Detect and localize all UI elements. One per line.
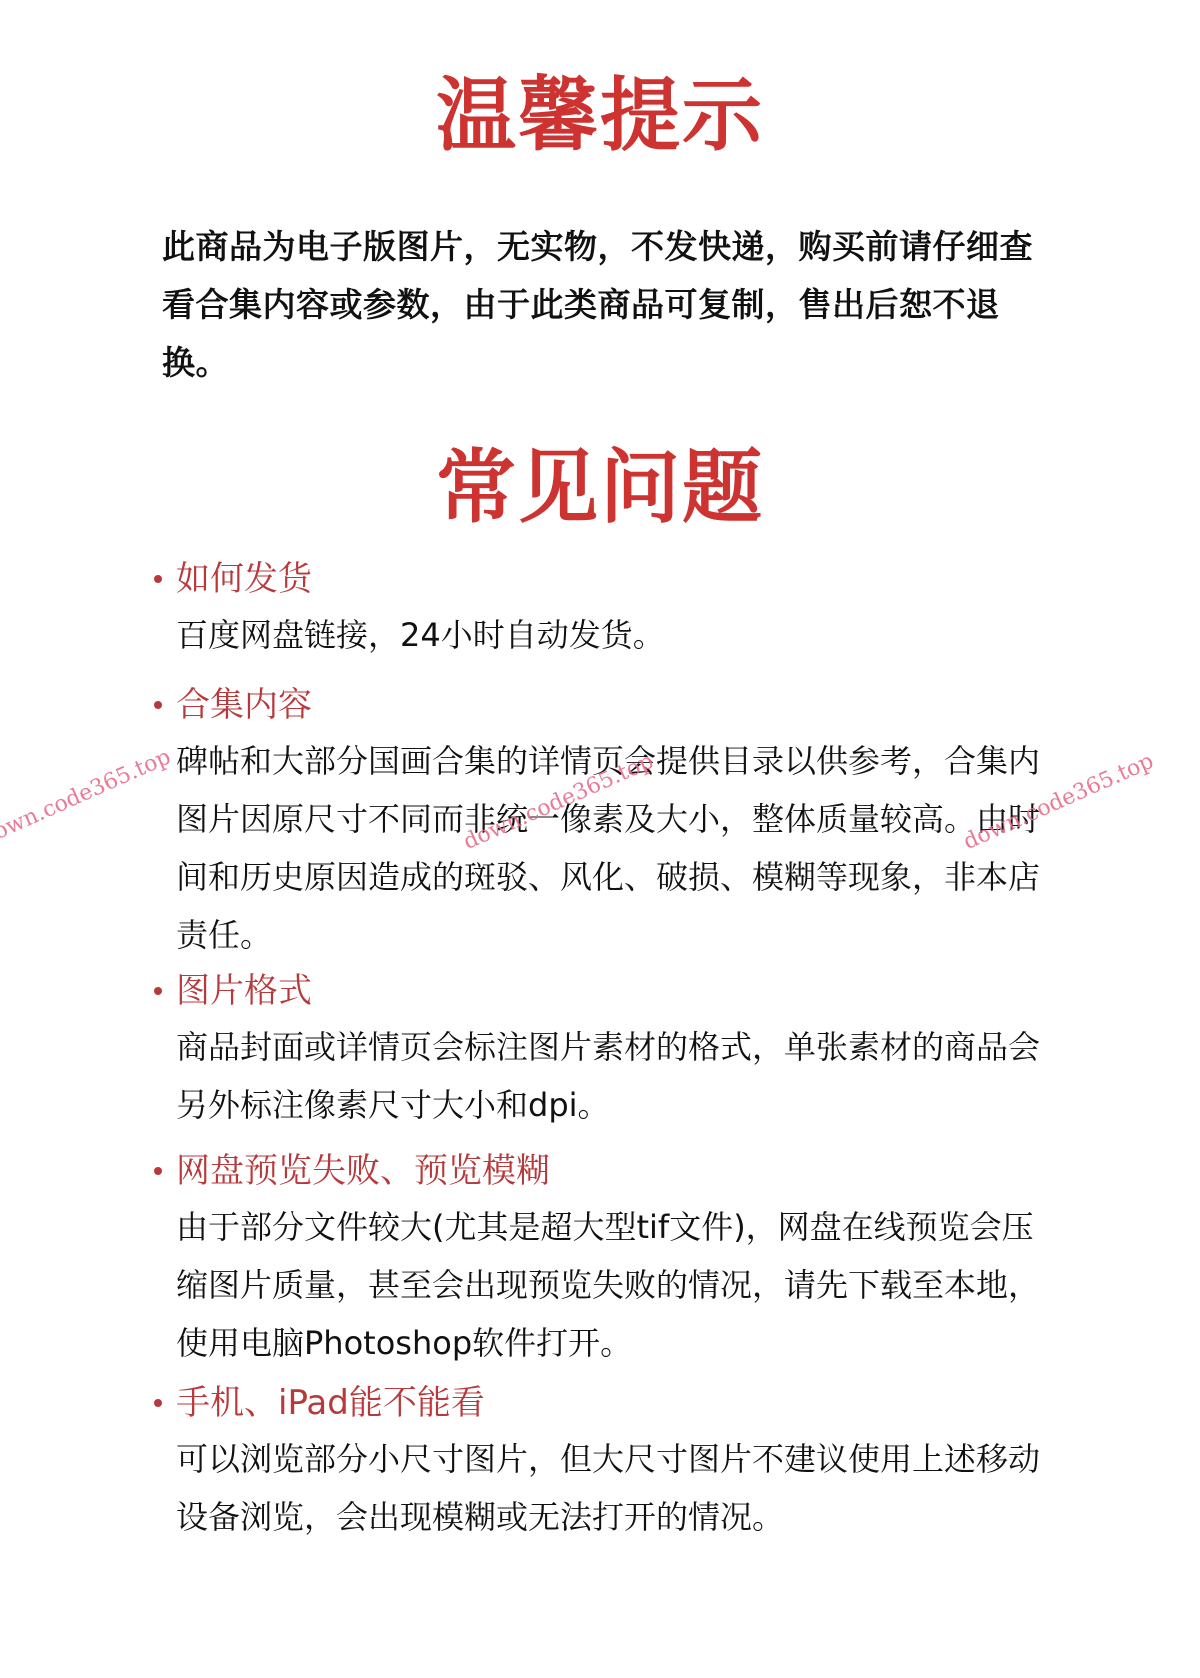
notice-title: 温馨提示 xyxy=(0,76,1200,156)
faq-item-format: 图片格式 商品封面或详情页会标注图片素材的格式，单张素材的商品会另外标注像素尺寸… xyxy=(150,968,1050,1134)
faq-answer: 商品封面或详情页会标注图片素材的格式，单张素材的商品会另外标注像素尺寸大小和dp… xyxy=(150,1018,1056,1134)
faq-item-preview: 网盘预览失败、预览模糊 由于部分文件较大(尤其是超大型tif文件)，网盘在线预览… xyxy=(150,1148,1050,1372)
faq-question: 网盘预览失败、预览模糊 xyxy=(176,1151,550,1191)
faq-answer: 由于部分文件较大(尤其是超大型tif文件)，网盘在线预览会压缩图片质量，甚至会出… xyxy=(150,1198,1056,1372)
bullet-icon xyxy=(154,1167,162,1175)
faq-title: 常见问题 xyxy=(0,448,1200,528)
watermark: own.code365.top xyxy=(0,744,175,845)
bullet-icon xyxy=(154,987,162,995)
faq-question: 如何发货 xyxy=(176,559,312,599)
faq-question: 手机、iPad能不能看 xyxy=(176,1383,485,1423)
faq-question: 图片格式 xyxy=(176,971,312,1011)
bullet-icon xyxy=(154,575,162,583)
faq-answer: 碑帖和大部分国画合集的详情页会提供目录以供参考，合集内图片因原尺寸不同而非统一像… xyxy=(150,732,1056,964)
bullet-icon xyxy=(154,1399,162,1407)
faq-answer: 可以浏览部分小尺寸图片，但大尺寸图片不建议使用上述移动设备浏览，会出现模糊或无法… xyxy=(150,1430,1056,1546)
notice-body: 此商品为电子版图片，无实物，不发快递，购买前请仔细查看合集内容或参数，由于此类商… xyxy=(162,218,1042,392)
bullet-icon xyxy=(154,701,162,709)
faq-item-shipping: 如何发货 百度网盘链接，24小时自动发货。 xyxy=(150,556,1050,664)
faq-item-mobile: 手机、iPad能不能看 可以浏览部分小尺寸图片，但大尺寸图片不建议使用上述移动设… xyxy=(150,1380,1050,1546)
faq-item-contents: 合集内容 碑帖和大部分国画合集的详情页会提供目录以供参考，合集内图片因原尺寸不同… xyxy=(150,682,1050,964)
faq-answer: 百度网盘链接，24小时自动发货。 xyxy=(150,606,1056,664)
faq-question: 合集内容 xyxy=(176,685,312,725)
